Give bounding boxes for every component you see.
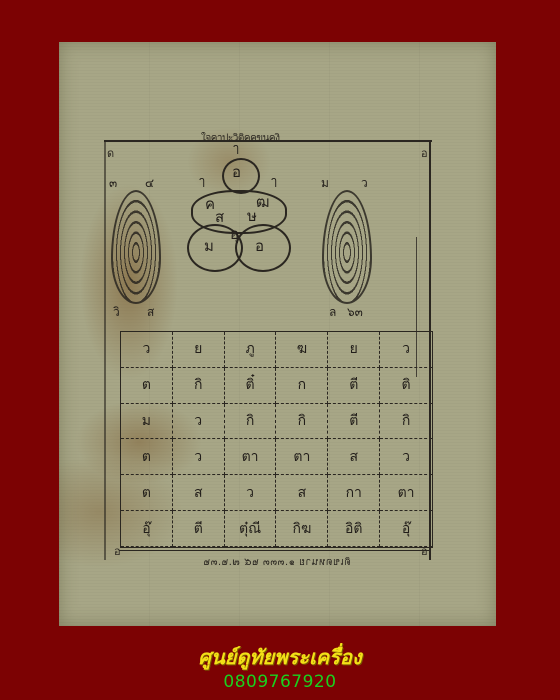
left-leaf-bottom-left: วิ bbox=[113, 306, 120, 318]
grid-cell: กิฆ bbox=[276, 511, 328, 547]
grid-cell: อุ๊ bbox=[380, 511, 432, 547]
grid-cell: กิ bbox=[276, 404, 328, 440]
grid-cell: ฆ bbox=[276, 332, 328, 368]
grid-cell: อุ๊ bbox=[121, 511, 173, 547]
center-glyph: อุ bbox=[230, 227, 239, 242]
left-leaf-bottom-right: ส bbox=[147, 306, 154, 318]
grid-cell: ว bbox=[121, 332, 173, 368]
grid-cell: กิ bbox=[173, 368, 225, 404]
frame-left-line bbox=[104, 140, 106, 560]
grid-cell: ต bbox=[121, 475, 173, 511]
grid-cell: ตา bbox=[276, 439, 328, 475]
right-leaf-top-left: ม bbox=[321, 177, 329, 189]
grid-cell: ว bbox=[173, 439, 225, 475]
yantra-cloth: ด อ อ อ ใจคาปะวิติคคขนคงิ อ ค ส ฒ ษ ม อ … bbox=[59, 42, 496, 626]
bottom-right-glyph: อ bbox=[255, 239, 264, 254]
left-leaf-symbol bbox=[111, 190, 161, 304]
grid-cell: ตา bbox=[380, 475, 432, 511]
grid-cell: ติ๋ bbox=[225, 368, 277, 404]
grid-cell: ตี bbox=[173, 511, 225, 547]
grid-cell: ต bbox=[121, 439, 173, 475]
grid-cell: ภู bbox=[225, 332, 277, 368]
grid-cell: ตี bbox=[328, 404, 380, 440]
middle-left-glyph-1: ค bbox=[205, 197, 215, 212]
middle-left-glyph-2: ส bbox=[215, 210, 224, 225]
frame-bottom-line bbox=[119, 550, 429, 551]
right-leaf-symbol bbox=[322, 190, 372, 304]
middle-right-glyph-1: ฒ bbox=[256, 195, 270, 210]
grid-cell: ส bbox=[328, 439, 380, 475]
top-circle-glyph: อ bbox=[232, 165, 241, 180]
grid-cell: กิ bbox=[380, 404, 432, 440]
middle-right-glyph-2: ษ bbox=[247, 209, 257, 224]
grid-cell: อิติ bbox=[328, 511, 380, 547]
grid-cell: ย bbox=[328, 332, 380, 368]
grid-cell: ส bbox=[276, 475, 328, 511]
watermark-phone: 0809767920 bbox=[0, 672, 560, 692]
left-leaf-top-left: ๓ bbox=[109, 177, 117, 189]
grid-cell: กา bbox=[328, 475, 380, 511]
right-leaf-top-right: ว bbox=[361, 177, 368, 189]
finial-top: ๅ bbox=[233, 142, 239, 154]
bottom-left-glyph: ม bbox=[204, 239, 214, 254]
grid-cell: ว bbox=[380, 332, 432, 368]
footer-inscription: ติเขตหนาย ๑.๓๓๓ ๒๕ ๗.๒.๓๒ bbox=[203, 555, 351, 570]
grid-cell: ส bbox=[173, 475, 225, 511]
yantra-grid: ว ย ภู ฆ ย ว ต กิ ติ๋ ก ตี ติ ม ว กิ กิ … bbox=[120, 331, 433, 548]
grid-cell: ติ bbox=[380, 368, 432, 404]
right-leaf-bottom-left: ล bbox=[329, 306, 336, 318]
corner-mark-top-left: ด bbox=[107, 144, 114, 162]
grid-cell: ก bbox=[276, 368, 328, 404]
watermark-shop-name: ศูนย์ดูทัยพระเครื่อง bbox=[0, 641, 560, 673]
grid-cell: ตา bbox=[225, 439, 277, 475]
corner-mark-top-right: อ bbox=[421, 144, 428, 162]
header-inscription: ใจคาปะวิติคคขนคงิ bbox=[201, 131, 280, 146]
grid-cell: ต bbox=[121, 368, 173, 404]
left-leaf-top-right: ๔ bbox=[145, 177, 154, 189]
finial-right: ๅ bbox=[271, 175, 277, 187]
grid-cell: กิ bbox=[225, 404, 277, 440]
grid-cell: ว bbox=[380, 439, 432, 475]
grid-cell: ตี bbox=[328, 368, 380, 404]
grid-cell: ตุ๋ณี bbox=[225, 511, 277, 547]
grid-cell: ย bbox=[173, 332, 225, 368]
finial-left: ๅ bbox=[199, 175, 205, 187]
grid-cell: ม bbox=[121, 404, 173, 440]
right-leaf-bottom-right: ๖๓ bbox=[347, 306, 363, 318]
grid-cell: ว bbox=[173, 404, 225, 440]
grid-cell: ว bbox=[225, 475, 277, 511]
